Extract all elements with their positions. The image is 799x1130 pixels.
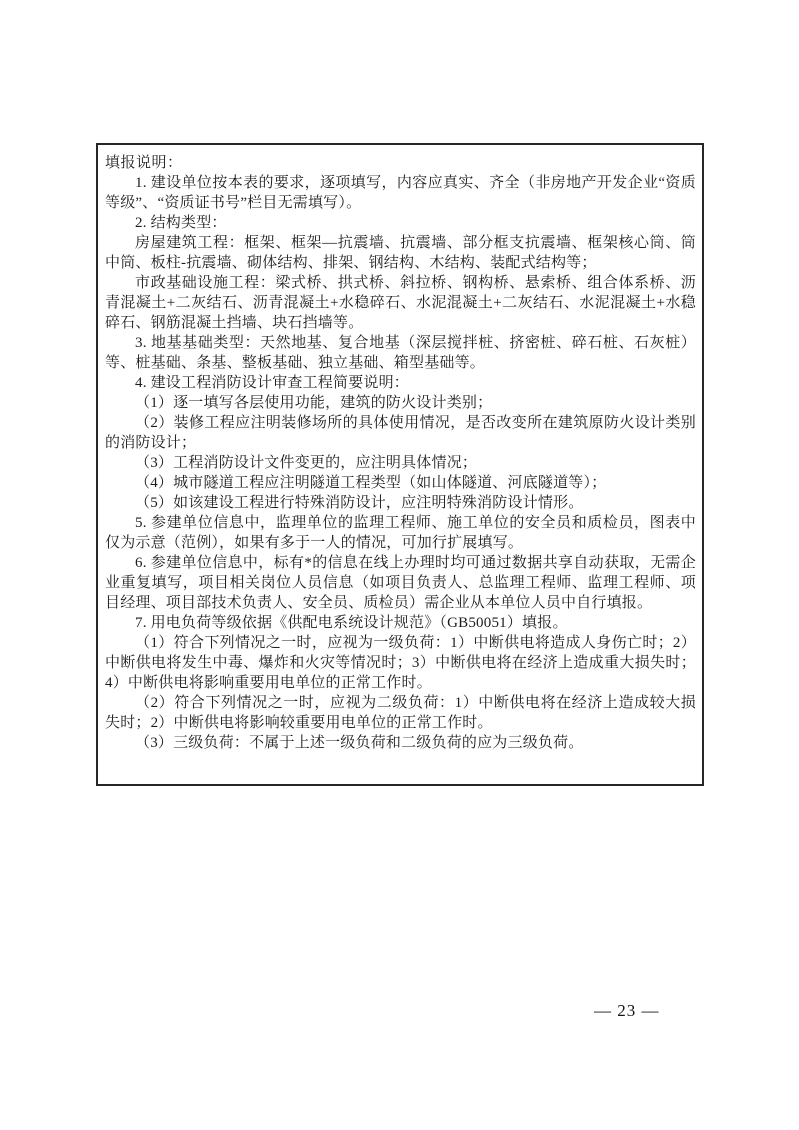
page-number: — 23 —	[594, 1001, 694, 1021]
notes-title: 填报说明：	[105, 153, 696, 173]
scanned-document-page: 填报说明： 1. 建设单位按本表的要求，逐项填写，内容应真实、齐全（非房地产开发…	[0, 0, 799, 1130]
paragraph: （1）符合下列情况之一时，应视为一级负荷：1）中断供电将造成人身伤亡时；2） 中…	[105, 633, 696, 693]
paragraph: （2）装修工程应注明装修场所的具体使用情况，是否改变所在建筑原防火设计类别的消防…	[105, 413, 696, 453]
paragraph: 市政基础设施工程：梁式桥、拱式桥、斜拉桥、钢构桥、悬索桥、组合体系桥、沥青混凝土…	[105, 273, 696, 333]
paragraph: （3）工程消防设计文件变更的，应注明具体情况；	[105, 453, 696, 473]
paragraph: 4. 建设工程消防设计审查工程简要说明：	[105, 373, 696, 393]
paragraph: （4）城市隧道工程应注明隧道工程类型（如山体隧道、河底隧道等）；	[105, 473, 696, 493]
paragraph: （5）如该建设工程进行特殊消防设计，应注明特殊消防设计情形。	[105, 493, 696, 513]
paragraph: （3）三级负荷：不属于上述一级负荷和二级负荷的应为三级负荷。	[105, 733, 696, 753]
paragraph: （1）逐一填写各层使用功能，建筑的防火设计类别；	[105, 393, 696, 413]
paragraph: 2. 结构类型：	[105, 213, 696, 233]
paragraph: （2）符合下列情况之一时，应视为二级负荷：1）中断供电将在经济上造成较大损失时；…	[105, 693, 696, 733]
paragraph: 3. 地基基础类型：天然地基、复合地基（深层搅拌桩、挤密桩、碎石桩、石灰桩）等、…	[105, 333, 696, 373]
paragraph: 6. 参建单位信息中，标有*的信息在线上办理时均可通过数据共享自动获取，无需企业…	[105, 553, 696, 613]
paragraph: 房屋建筑工程：框架、框架—抗震墙、抗震墙、部分框支抗震墙、框架核心筒、筒中筒、板…	[105, 233, 696, 273]
paragraph: 1. 建设单位按本表的要求，逐项填写，内容应真实、齐全（非房地产开发企业“资质等…	[105, 173, 696, 213]
fill-in-instructions-box: 填报说明： 1. 建设单位按本表的要求，逐项填写，内容应真实、齐全（非房地产开发…	[96, 143, 704, 786]
paragraph: 5. 参建单位信息中，监理单位的监理工程师、施工单位的安全员和质检员，图表中仅为…	[105, 513, 696, 553]
paragraph: 7. 用电负荷等级依据《供配电系统设计规范》（GB50051）填报。	[105, 613, 696, 633]
